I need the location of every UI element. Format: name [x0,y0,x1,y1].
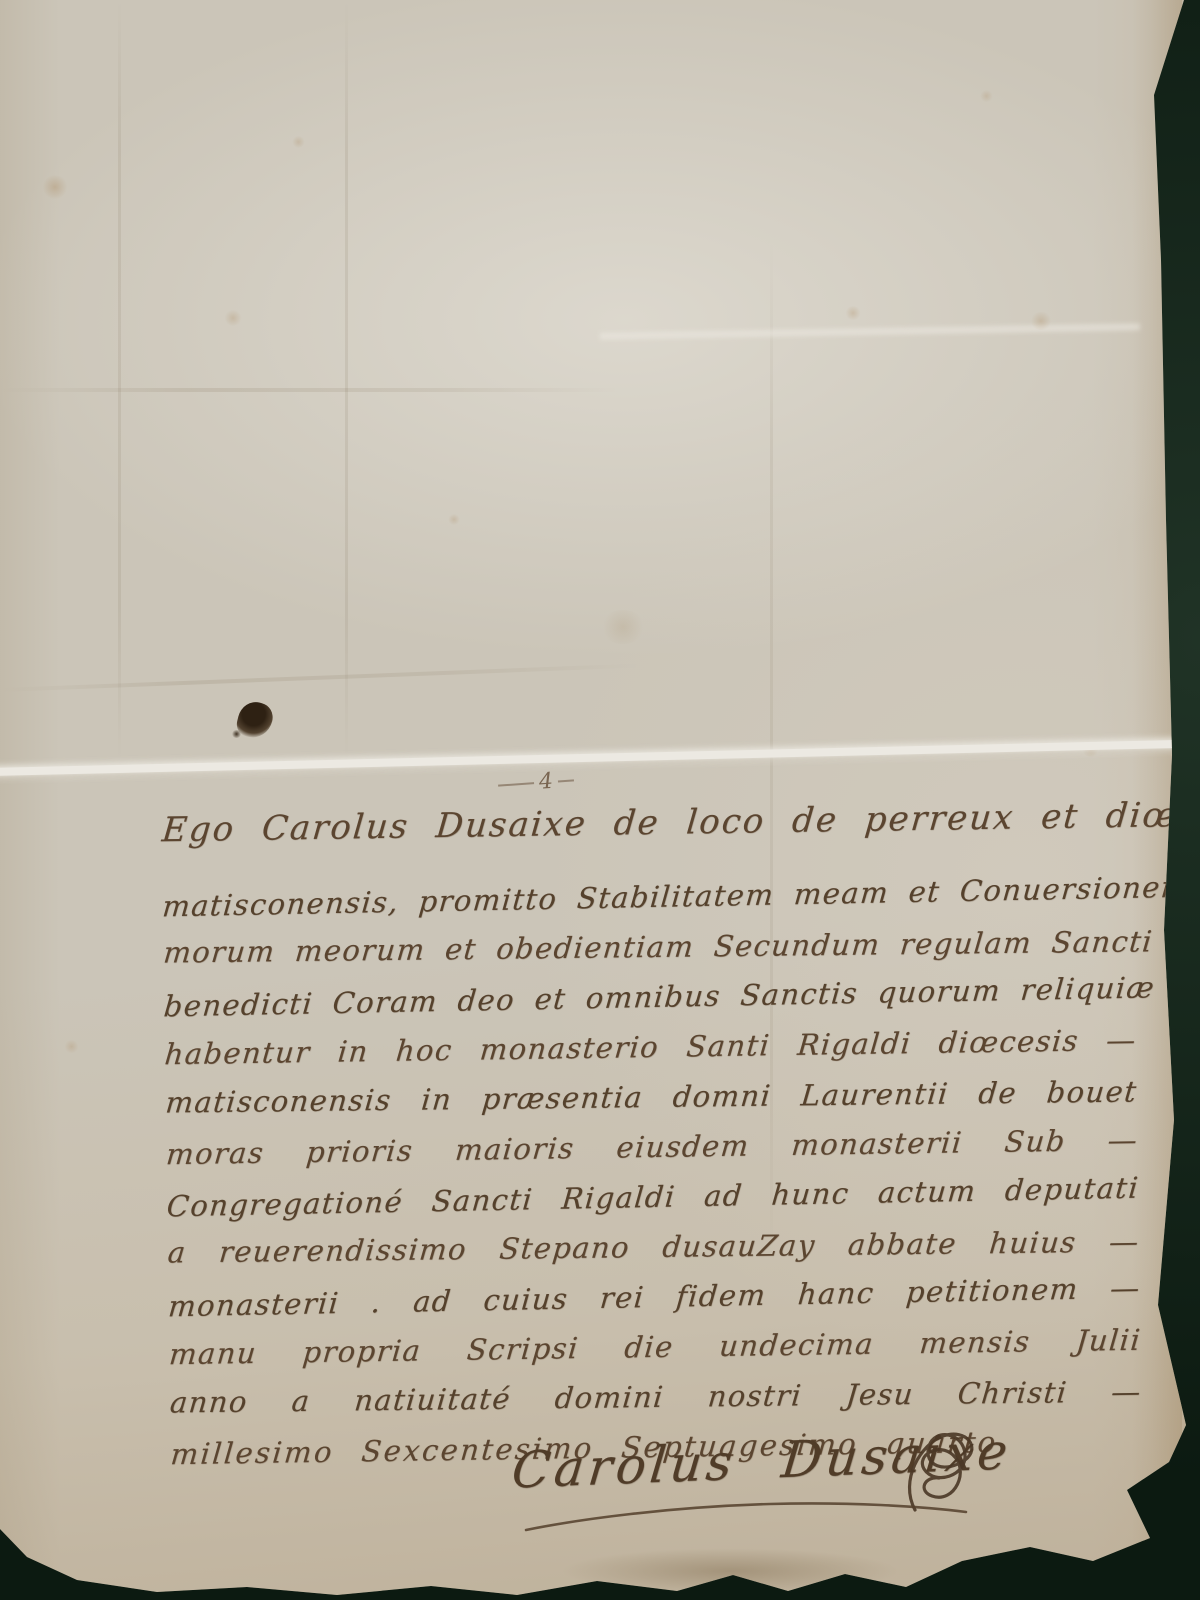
signature-underline-flourish [520,1492,972,1538]
stain-spot [1030,312,1052,330]
horizontal-crease [0,663,640,692]
white-fold-crease [0,739,1200,776]
manuscript-text-block: Ego Carolus Dusaixe de loco de perreux e… [161,779,1143,1479]
paper-sheet: 4 Ego Carolus Dusaixe de loco de perreux… [0,0,1200,1600]
manuscript-line: anno a natiuitaté domini nostri Jesu Chr… [168,1366,1144,1427]
stain-spot [600,610,646,644]
crease-highlight [600,323,1140,339]
ink-speck [232,730,241,738]
vertical-fold-line [345,0,348,760]
stain-spot [292,136,305,148]
stain-spot [42,175,68,199]
page-mark-dash [558,779,574,782]
vertical-fold-line [118,0,121,760]
stain-spot [845,306,861,320]
stain-spot [64,1040,79,1053]
manuscript-photo: 4 Ego Carolus Dusaixe de loco de perreux… [0,0,1200,1600]
page-mark-dash [498,782,534,787]
stain-spot [980,90,993,102]
stain-spot [224,310,242,326]
bottom-edge-soiling [560,1548,900,1594]
manuscript-line: Ego Carolus Dusaixe de loco de perreux e… [158,779,1138,880]
stain-spot [448,514,460,525]
horizontal-crease [0,388,620,392]
